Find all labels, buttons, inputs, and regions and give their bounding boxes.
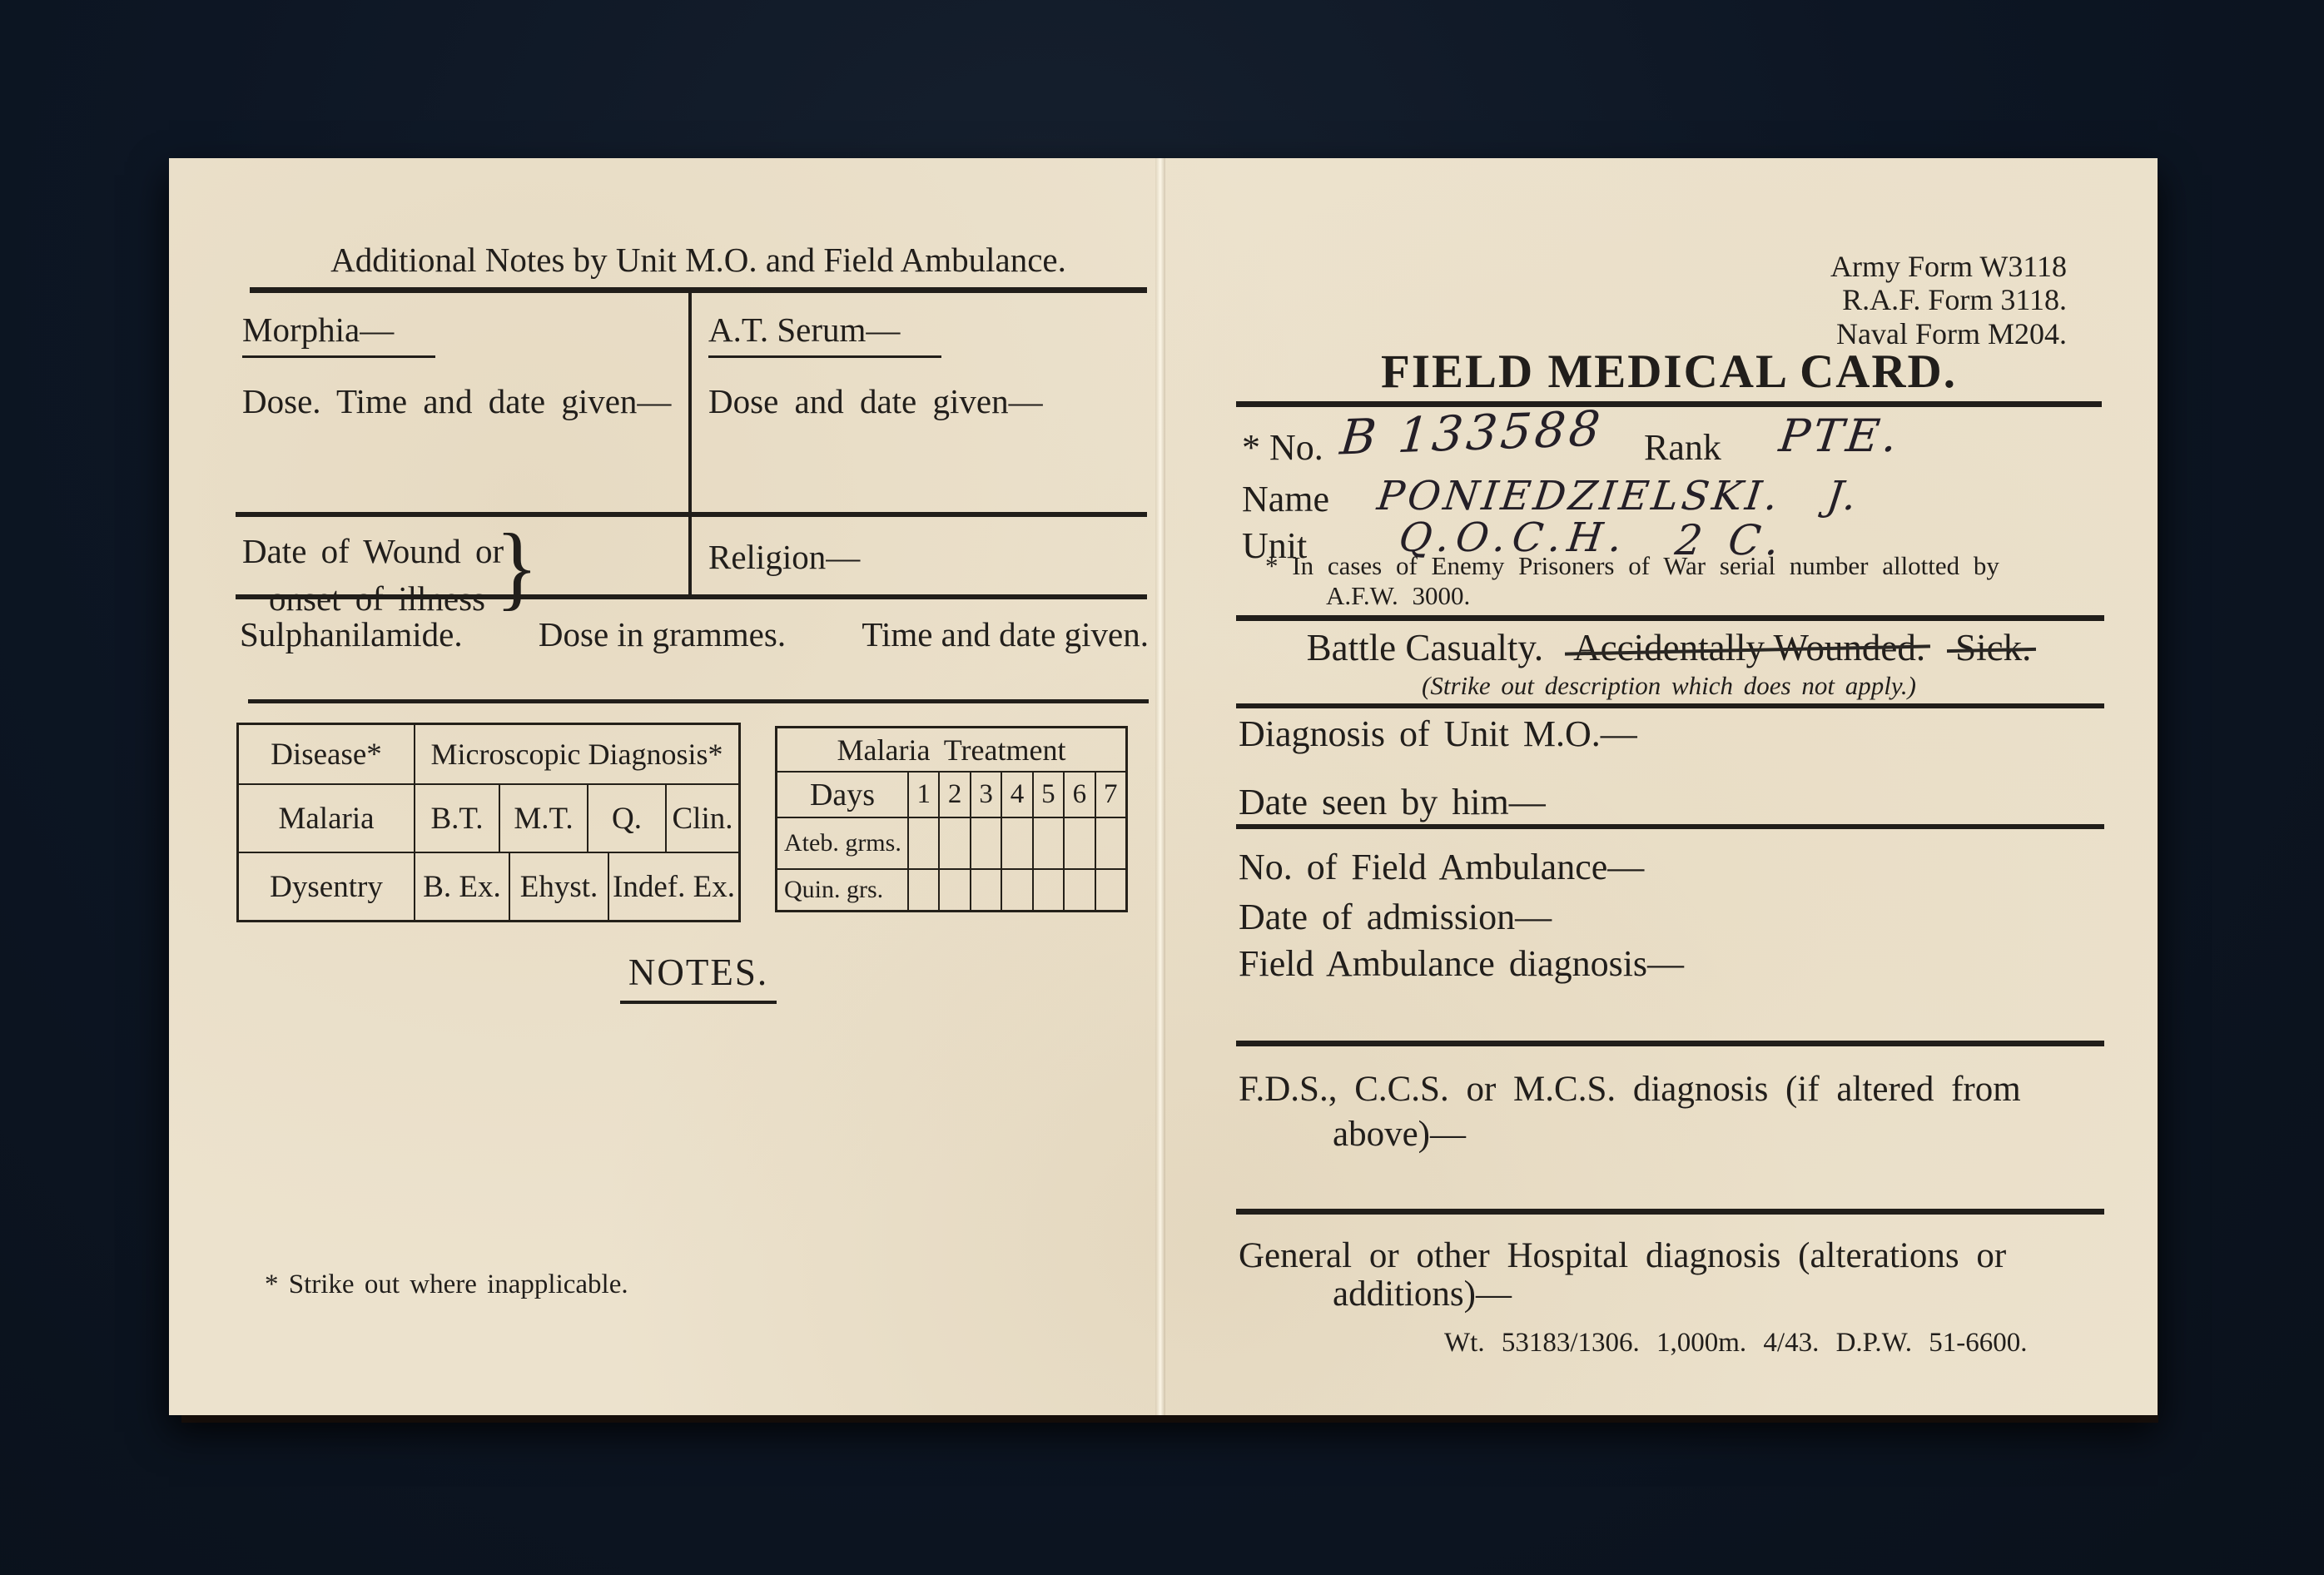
quinine-day-cell: [1032, 870, 1063, 910]
at-serum-dose-label: Dose and date given—: [708, 381, 1043, 421]
day-1: 1: [907, 773, 938, 817]
section-rule: [1236, 615, 2104, 621]
section-rule: [236, 512, 1147, 517]
accidentally-wounded-option-struck: Accidentally Wounded.: [1573, 626, 1925, 669]
malaria-row-label: Malaria: [239, 785, 414, 852]
dysentry-row-label: Dysentry: [239, 853, 414, 920]
day-3: 3: [970, 773, 1001, 817]
quinine-day-cell: [1001, 870, 1031, 910]
malaria-q-cell: Q.: [587, 785, 665, 852]
raf-form-ref: R.A.F. Form 3118.: [1742, 283, 2067, 316]
atebrin-day-cell: [1001, 818, 1031, 868]
wound-date-label-line1: Date of Wound or: [242, 531, 504, 571]
name-label: Name: [1242, 478, 1329, 520]
header-rule: [250, 287, 1147, 293]
day-2: 2: [938, 773, 969, 817]
religion-label: Religion—: [708, 537, 860, 577]
atebrin-day-cell: [1063, 818, 1094, 868]
dysentry-indef-cell: Indef. Ex.: [608, 853, 738, 920]
section-rule: [1236, 703, 2104, 708]
atebrin-day-cell: [970, 818, 1001, 868]
army-form-ref: Army Form W3118: [1742, 250, 2067, 283]
quinine-day-cell: [970, 870, 1001, 910]
sick-option-struck: Sick.: [1955, 626, 2031, 669]
form-reference-block: Army Form W3118 R.A.F. Form 3118. Naval …: [1742, 250, 2067, 350]
section-rule: [236, 594, 1147, 599]
quinine-day-cell: [1063, 870, 1094, 910]
title-rule: [1236, 401, 2102, 407]
scanned-field-medical-card: { "colors": { "background": "#0d1624", "…: [0, 0, 2324, 1575]
quinine-day-cell: [938, 870, 969, 910]
atebrin-day-cell: [1032, 818, 1063, 868]
rank-handwritten-value: PTE.: [1776, 410, 1904, 462]
malaria-clin-cell: Clin.: [665, 785, 738, 852]
quinine-row-label: Quin. grs.: [777, 870, 907, 910]
atebrin-row-label: Ateb. grms.: [777, 818, 907, 868]
page-title: FIELD MEDICAL CARD.: [1236, 345, 2102, 399]
strike-out-instruction: (Strike out description which does not a…: [1236, 671, 2102, 701]
section-rule: [1236, 1209, 2104, 1215]
dose-in-grammes-label: Dose in grammes.: [539, 614, 786, 654]
section-rule: [1236, 1041, 2104, 1046]
serial-no-handwritten-value: B 133588: [1338, 400, 1606, 466]
day-7: 7: [1095, 773, 1125, 817]
brace-glyph: }: [495, 514, 539, 622]
serial-no-label: * No.: [1242, 426, 1323, 469]
atebrin-day-cell: [907, 818, 938, 868]
at-serum-label: A.T. Serum—: [708, 310, 941, 358]
casualty-type-row: Battle Casualty. Accidentally Wounded. S…: [1236, 626, 2102, 669]
pow-footnote-line2: A.F.W. 3000.: [1326, 581, 1470, 611]
date-seen-field: Date seen by him—: [1239, 781, 1546, 823]
section-rule: [248, 699, 1149, 703]
field-ambulance-diagnosis-field: Field Ambulance diagnosis—: [1239, 942, 1684, 985]
column-divider-rule: [688, 287, 692, 597]
name-handwritten-value: PONIEDZIELSKI.: [1375, 473, 1784, 519]
time-date-given-label: Time and date given.: [862, 614, 1149, 654]
rank-label: Rank: [1644, 426, 1721, 469]
battle-casualty-option: Battle Casualty.: [1307, 626, 1544, 669]
dysentry-bex-cell: B. Ex.: [414, 853, 509, 920]
disease-diagnosis-table: Disease* Microscopic Diagnosis* Malaria …: [236, 723, 741, 922]
fds-ccs-mcs-diagnosis-field-line1: F.D.S., C.C.S. or M.C.S. diagnosis (if a…: [1239, 1069, 2021, 1110]
malaria-treatment-table: Malaria Treatment Days 1 2 3 4 5 6 7 Ate…: [775, 726, 1128, 912]
day-6: 6: [1063, 773, 1094, 817]
disease-column-header: Disease*: [239, 725, 414, 783]
malaria-bt-cell: B.T.: [414, 785, 499, 852]
general-hospital-diagnosis-field-line1: General or other Hospital diagnosis (alt…: [1239, 1235, 2006, 1276]
printer-reference: Wt. 53183/1306. 1,000m. 4/43. D.P.W. 51-…: [1444, 1328, 2027, 1359]
day-4: 4: [1001, 773, 1031, 817]
atebrin-day-cell: [1095, 818, 1125, 868]
notes-heading: NOTES.: [620, 951, 777, 1004]
strike-out-footnote: * Strike out where inapplicable.: [265, 1269, 628, 1300]
sulphanilamide-row: Sulphanilamide. Dose in grammes. Time an…: [240, 614, 1149, 654]
date-of-admission-field: Date of admission—: [1239, 896, 1552, 938]
day-5: 5: [1032, 773, 1063, 817]
unit-mo-diagnosis-field: Diagnosis of Unit M.O.—: [1239, 713, 1637, 755]
pow-footnote-line1: * In cases of Enemy Prisoners of War ser…: [1265, 551, 1999, 581]
morphia-dose-label: Dose. Time and date given—: [242, 381, 671, 421]
quinine-day-cell: [907, 870, 938, 910]
medical-card-paper: Additional Notes by Unit M.O. and Field …: [169, 158, 2158, 1415]
name-initial-handwritten: J.: [1825, 473, 1863, 519]
section-rule: [1236, 824, 2104, 829]
days-label: Days: [777, 773, 907, 817]
malaria-mt-cell: M.T.: [499, 785, 587, 852]
malaria-treatment-title: Malaria Treatment: [777, 728, 1125, 771]
atebrin-day-cell: [938, 818, 969, 868]
fold-crease: [1155, 158, 1165, 1415]
morphia-label: Morphia—: [242, 310, 435, 358]
dysentry-ehyst-cell: Ehyst.: [509, 853, 608, 920]
microscopic-diagnosis-header: Microscopic Diagnosis*: [414, 725, 738, 783]
left-page-header: Additional Notes by Unit M.O. and Field …: [250, 240, 1147, 280]
sulphanilamide-label: Sulphanilamide.: [240, 614, 463, 654]
field-ambulance-no-field: No. of Field Ambulance—: [1239, 846, 1644, 888]
fds-ccs-mcs-diagnosis-field-line2: above)—: [1333, 1114, 1466, 1155]
quinine-day-cell: [1095, 870, 1125, 910]
general-hospital-diagnosis-field-line2: additions)—: [1333, 1274, 1512, 1314]
